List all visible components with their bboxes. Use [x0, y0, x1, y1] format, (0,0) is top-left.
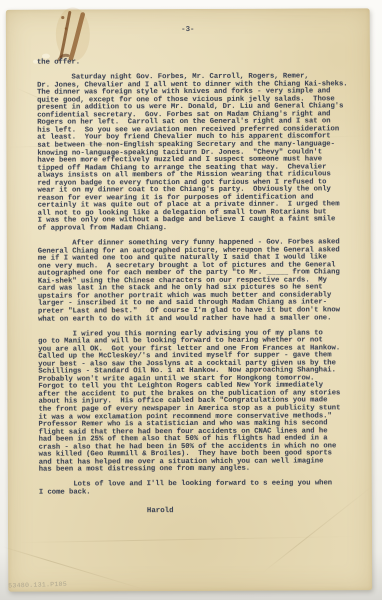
letter-page: -3- the offer. Saturday night Gov. Forbe… — [6, 8, 373, 592]
letter-paragraph: Lots of love and I'll be looking forward… — [39, 481, 365, 498]
letter-paragraph: After dinner something very funny happen… — [38, 239, 364, 323]
letter-paragraph: Saturday night Gov. Forbes, Mr. Carroll,… — [37, 73, 364, 233]
accession-pencil-note: 53480.131.P105 — [8, 581, 67, 590]
page-number: -3- — [6, 25, 370, 35]
scan-background: -3- the offer. Saturday night Gov. Forbe… — [0, 0, 382, 600]
ink-stain — [46, 6, 98, 64]
signature: Harold — [147, 506, 365, 515]
letter-paragraph: I wired you this morning early advising … — [38, 330, 365, 475]
letter-body: the offer. Saturday night Gov. Forbes, M… — [37, 58, 365, 515]
paper-crease — [18, 536, 358, 543]
letter-paragraph: the offer. — [37, 58, 363, 67]
